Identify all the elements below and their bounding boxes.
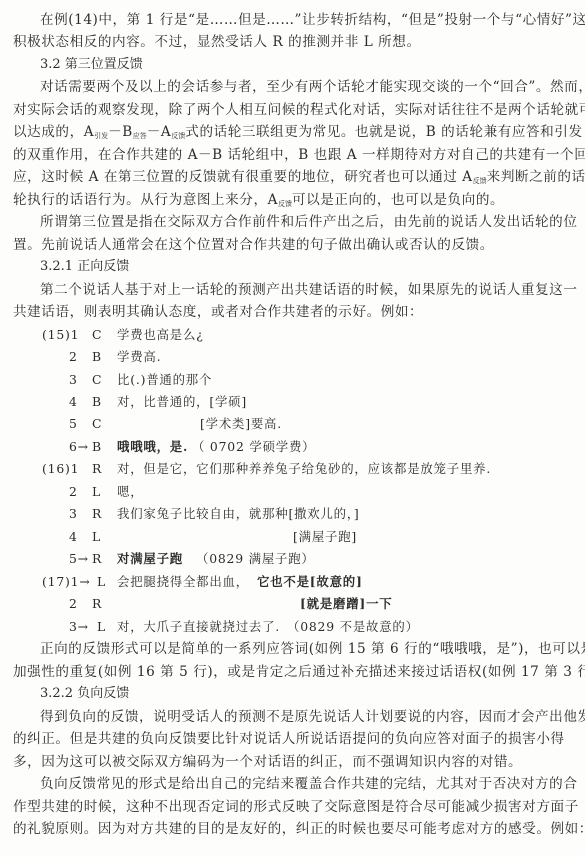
transcript-line: 2 L 嗯， bbox=[0, 481, 585, 503]
speaker: C bbox=[92, 324, 102, 346]
line-number: 3→ bbox=[69, 616, 89, 638]
text: 以达成的，A bbox=[13, 124, 94, 140]
example-note: （0829 满屋子跑） bbox=[196, 548, 315, 570]
speaker: R bbox=[92, 503, 102, 525]
speaker: R bbox=[92, 458, 102, 480]
transcript-line: 4 L [满屋子跑] bbox=[0, 526, 585, 548]
speaker: B bbox=[92, 391, 102, 413]
paragraph-line: 正向的反馈形式可以是简单的一系列应答词(如例 15 第 6 行的“哦哦哦，是”)… bbox=[0, 638, 585, 660]
line-number: 4 bbox=[69, 526, 78, 548]
speaker: B bbox=[92, 346, 102, 368]
paragraph-line: 所谓第三位置是指在交际双方合作前件和后件产出之后，由先前的说话人发出话轮的位 bbox=[0, 211, 585, 233]
paragraph-line: 作型共建的时候，这种不出现否定词的形式反映了交际意图是符合尽可能减少损害对方面子 bbox=[0, 796, 585, 818]
line-number: 5 bbox=[69, 413, 78, 435]
text: 轮执行的话语行为。从行为意图上来分，A bbox=[13, 192, 278, 208]
line-number: 2 bbox=[69, 481, 78, 503]
paragraph-line: 轮执行的话语行为。从行为意图上来分，A反馈可以是正向的，也可以是负向的。 bbox=[0, 189, 585, 211]
subscript: 应答 bbox=[133, 132, 147, 140]
paragraph-line: 在例(14)中，第 1 行是“是……但是……”让步转折结构，“但是”投射一个与“… bbox=[0, 9, 585, 31]
line-number: 3 bbox=[69, 503, 78, 525]
utterance-bold: [就是磨蹭]一下 bbox=[300, 593, 392, 615]
subscript: 反馈 bbox=[171, 132, 185, 140]
speaker: L bbox=[97, 616, 106, 638]
line-number: 5→ bbox=[69, 548, 89, 570]
utterance: 我们家兔子比较自由，就那种[撒欢儿的，] bbox=[117, 503, 360, 525]
section-heading-3-2-2: 3.2.2 负向反馈 bbox=[0, 683, 585, 705]
transcript-line: 3→ L 对，大爪子直接就挠过去了. （0829 不是故意的） bbox=[0, 616, 585, 638]
utterance-bold: 它也不是[故意的] bbox=[257, 571, 363, 593]
speaker: L bbox=[92, 481, 101, 503]
utterance: 对，比普通的，[学硕] bbox=[117, 391, 247, 413]
speaker: C bbox=[92, 369, 102, 391]
utterance: 比(.)普通的那个 bbox=[117, 369, 212, 391]
paragraph-line: 以达成的，A引发－B应答－A反馈式的话轮三联组更为常见。也就是说，B 的话轮兼有… bbox=[0, 121, 585, 143]
utterance: [满屋子跑] bbox=[293, 526, 357, 548]
section-heading-3-2: 3.2 第三位置反馈 bbox=[0, 54, 585, 76]
subscript: 引发 bbox=[94, 132, 108, 140]
utterance: 对，但是它，它们那种养养兔子给兔砂的，应该都是放笼子里养. bbox=[117, 458, 491, 480]
line-number: (16)1 bbox=[42, 458, 79, 480]
paragraph-line: 加强性的重复(如例 16 第 5 行)，或是肯定之后通过补充描述来接过话语权(如… bbox=[0, 661, 585, 683]
text: －A bbox=[147, 124, 172, 140]
line-number: 3 bbox=[69, 369, 78, 391]
transcript-line: 5 C [学术类]要高. bbox=[0, 413, 585, 435]
line-number: (17)1→ bbox=[42, 571, 91, 593]
paragraph-line: 得到负向的反馈，说明受话人的预测不是原先说话人计划要说的内容，因而才会产出他发 bbox=[0, 706, 585, 728]
speaker: R bbox=[92, 593, 102, 615]
utterance-bold: 对满屋子跑 bbox=[117, 548, 183, 570]
text: 应，这时候 A 在第三位置的反馈就有很重要的地位，研究者也可以通过 A bbox=[13, 169, 473, 185]
speaker: B bbox=[92, 436, 102, 458]
speaker: L bbox=[92, 526, 101, 548]
transcript-line: 3 R 我们家兔子比较自由，就那种[撒欢儿的，] bbox=[0, 503, 585, 525]
transcript-line: 3 C 比(.)普通的那个 bbox=[0, 369, 585, 391]
utterance: 对，大爪子直接就挠过去了. bbox=[117, 616, 280, 638]
text: 式的话轮三联组更为常见。也就是说，B 的话轮兼有应答和引发 bbox=[185, 124, 582, 140]
paragraph-line: 积极状态相反的内容。不过，显然受话人 R 的推测并非 L 所想。 bbox=[0, 31, 585, 53]
example-note: （0829 不是故意的） bbox=[287, 616, 419, 638]
text: －B bbox=[108, 124, 133, 140]
paragraph-line: 对实际会话的观察发现，除了两个人相互问候的程式化对话，实际对话往往不是两个话轮就… bbox=[0, 99, 585, 121]
utterance: 学费也高是么¿ bbox=[117, 324, 204, 346]
utterance: 嗯， bbox=[117, 481, 143, 503]
line-number: 2 bbox=[69, 593, 78, 615]
paragraph-line: 的双重作用，在合作共建的 A－B 话轮组中，B 也跟 A 一样期待对方对自己的共… bbox=[0, 144, 585, 166]
utterance: [学术类]要高. bbox=[200, 413, 282, 435]
paragraph-line: 多，因为这可以被交际双方编码为一个对话语的纠正，而不强调知识内容的对错。 bbox=[0, 751, 585, 773]
section-heading-3-2-1: 3.2.1 正向反馈 bbox=[0, 256, 585, 278]
line-number: 6→ bbox=[69, 436, 89, 458]
transcript-line: 4 B 对，比普通的，[学硕] bbox=[0, 391, 585, 413]
line-number: (15)1 bbox=[42, 324, 79, 346]
transcript-line: (17)1→ L 会把腿挠得全都出血， 它也不是[故意的] bbox=[0, 571, 585, 593]
transcript-line: 2 B 学费高. bbox=[0, 346, 585, 368]
paragraph-line: 共建话语，则表明其确认态度，或者对合作共建者的示好。例如： bbox=[0, 301, 585, 323]
paragraph-line: 置。先前说话人通常会在这个位置对合作共建的句子做出确认或否认的反馈。 bbox=[0, 234, 585, 256]
paragraph-line: 负向反馈常见的形式是给出自己的完结来覆盖合作共建的完结，尤其对于否决对方的合 bbox=[0, 773, 585, 795]
text: 可以是正向的，也可以是负向的。 bbox=[292, 192, 504, 208]
speaker: R bbox=[92, 548, 102, 570]
transcript-line: 2 R [就是磨蹭]一下 bbox=[0, 593, 585, 615]
transcript-line: (15)1 C 学费也高是么¿ bbox=[0, 324, 585, 346]
transcript-line: 6→ B 哦哦哦，是. （ 0702 学硕学费） bbox=[0, 436, 585, 458]
paragraph-line: 第二个说话人基于对上一话轮的预测产出共建话语的时候，如果原先的说话人重复这一 bbox=[0, 279, 585, 301]
paragraph-line: 对话需要两个及以上的会话参与者，至少有两个话轮才能实现交谈的一个“回合”。然而， bbox=[0, 76, 585, 98]
paragraph-line: 的纠正。但是共建的负向反馈要比针对说话人所说话语提问的负向应答对面子的损害小得 bbox=[0, 728, 585, 750]
line-number: 2 bbox=[69, 346, 78, 368]
speaker: L bbox=[97, 571, 106, 593]
subscript: 反馈 bbox=[278, 200, 292, 208]
paragraph-line: 应，这时候 A 在第三位置的反馈就有很重要的地位，研究者也可以通过 A反馈来判断… bbox=[0, 166, 585, 188]
transcript-line: 5→ R 对满屋子跑 （0829 满屋子跑） bbox=[0, 548, 585, 570]
example-note: （ 0702 学硕学费） bbox=[192, 436, 315, 458]
utterance: 学费高. bbox=[117, 346, 161, 368]
speaker: C bbox=[92, 413, 102, 435]
utterance-bold: 哦哦哦，是. bbox=[117, 436, 188, 458]
transcript-line: (16)1 R 对，但是它，它们那种养养兔子给兔砂的，应该都是放笼子里养. bbox=[0, 458, 585, 480]
subscript: 反馈 bbox=[473, 177, 487, 185]
text: 来判断之前的话 bbox=[487, 169, 585, 185]
paragraph-line: 的礼貌原则。因为对方共建的目的是友好的，纠正的时候也要尽可能考虑对方的感受。例如… bbox=[0, 818, 585, 840]
utterance: 会把腿挠得全都出血， bbox=[117, 571, 249, 593]
line-number: 4 bbox=[69, 391, 78, 413]
